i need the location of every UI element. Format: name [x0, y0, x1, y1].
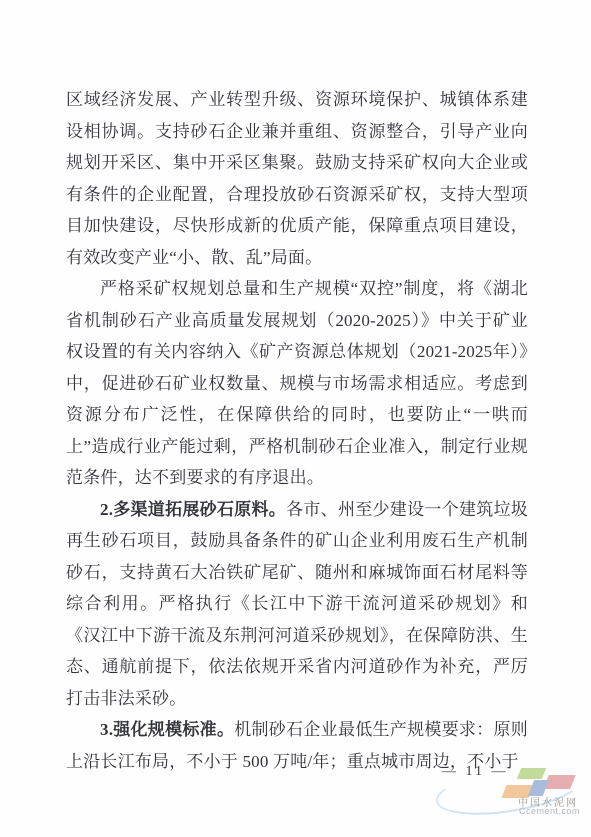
item-3-heading: 3.强化规模标准。: [100, 720, 234, 739]
paragraph-mining-rights-control: 严格采矿权规划总量和生产规模“双控”制度，将《湖北省机制砂石产业高质量发展规划（…: [66, 273, 528, 494]
item-2-heading: 2.多渠道拓展砂石原料。: [100, 500, 286, 519]
logo-tile-green-icon: [517, 768, 546, 779]
document-page: 区域经济发展、产业转型升级、资源环境保护、城镇体系建设相协调。支持砂石企业兼并重…: [0, 0, 591, 837]
document-body: 区域经济发展、产业转型升级、资源环境保护、城镇体系建设相协调。支持砂石企业兼并重…: [66, 84, 528, 777]
paragraph-continuation: 区域经济发展、产业转型升级、资源环境保护、城镇体系建设相协调。支持砂石企业兼并重…: [66, 84, 528, 273]
item-2-body: 各市、州至少建设一个建筑垃圾再生砂石项目，鼓励具备条件的矿山企业利用废石生产机制…: [66, 500, 528, 708]
paragraph-item-2: 2.多渠道拓展砂石原料。各市、州至少建设一个建筑垃圾再生砂石项目，鼓励具备条件的…: [66, 494, 528, 715]
watermark-brand-en: Ccement.com: [519, 806, 580, 816]
page-number: — 11 —: [442, 764, 508, 780]
